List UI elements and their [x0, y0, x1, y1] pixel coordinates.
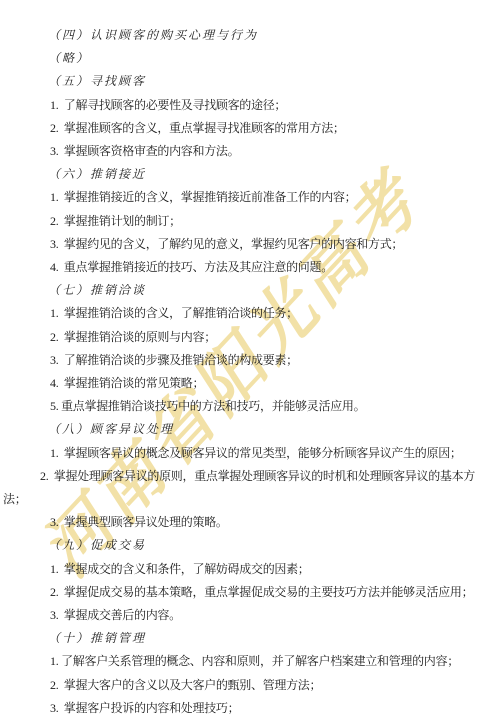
section-heading: （略）: [0, 47, 484, 70]
list-item: 1. 掌握成交的含义和条件，了解妨碍成交的因素；: [0, 558, 484, 581]
list-item: 3. 掌握典型顾客异议处理的策略。: [0, 511, 484, 534]
list-item: 2. 掌握推销洽谈的原则与内容；: [0, 326, 484, 349]
section-heading: （四）认识顾客的购买心理与行为: [0, 24, 484, 47]
section-heading: （七）推销洽谈: [0, 279, 484, 302]
list-item: 1. 了解寻找顾客的必要性及寻找顾客的途径；: [0, 94, 484, 117]
list-item: 3. 掌握成交善后的内容。: [0, 604, 484, 627]
list-item: 1. 掌握推销洽谈的含义，了解推销洽谈的任务；: [0, 302, 484, 325]
section-heading: （九）促成交易: [0, 534, 484, 557]
list-item: 3. 掌握约见的含义，了解约见的意义，掌握约见客户的内容和方式；: [0, 233, 484, 256]
list-item: 3. 掌握顾客资格审查的内容和方法。: [0, 140, 484, 163]
document-page: 河南省阳光高考 （四）认识顾客的购买心理与行为 （略） （五）寻找顾客 1. 了…: [0, 0, 484, 721]
list-item: 2. 掌握推销计划的制订；: [0, 210, 484, 233]
section-heading: （五）寻找顾客: [0, 70, 484, 93]
section-heading: （八）顾客异议处理: [0, 418, 484, 441]
list-item: 1. 掌握顾客异议的概念及顾客异议的常见类型，能够分析顾客异议产生的原因；: [0, 442, 484, 465]
list-item: 4. 掌握推销洽谈的常见策略；: [0, 372, 484, 395]
section-heading: （六）推销接近: [0, 163, 484, 186]
list-item: 3. 掌握客户投诉的内容和处理技巧；: [0, 697, 484, 720]
section-heading: （十）推销管理: [0, 627, 484, 650]
list-item: 2. 掌握大客户的含义以及大客户的甄别、管理方法；: [0, 674, 484, 697]
list-item: 1. 了解客户关系管理的概念、内容和原则，并了解客户档案建立和管理的内容；: [0, 650, 484, 673]
list-item: 2. 掌握处理顾客异议的原则，重点掌握处理顾客异议的时机和处理顾客异议的基本方: [0, 465, 484, 488]
wrapped-line: 法；: [0, 488, 484, 511]
list-item: 1. 掌握推销接近的含义，掌握推销接近前准备工作的内容；: [0, 186, 484, 209]
list-item: 3. 了解推销洽谈的步骤及推销洽谈的构成要素；: [0, 349, 484, 372]
list-item: 5. 重点掌握推销洽谈技巧中的方法和技巧，并能够灵活应用。: [0, 395, 484, 418]
list-item: 2. 掌握促成交易的基本策略，重点掌握促成交易的主要技巧方法并能够灵活应用；: [0, 581, 484, 604]
list-item: 4. 重点掌握推销接近的技巧、方法及其应注意的问题。: [0, 256, 484, 279]
list-item: 2. 掌握准顾客的含义，重点掌握寻找准顾客的常用方法；: [0, 117, 484, 140]
document-content: （四）认识顾客的购买心理与行为 （略） （五）寻找顾客 1. 了解寻找顾客的必要…: [0, 0, 484, 720]
